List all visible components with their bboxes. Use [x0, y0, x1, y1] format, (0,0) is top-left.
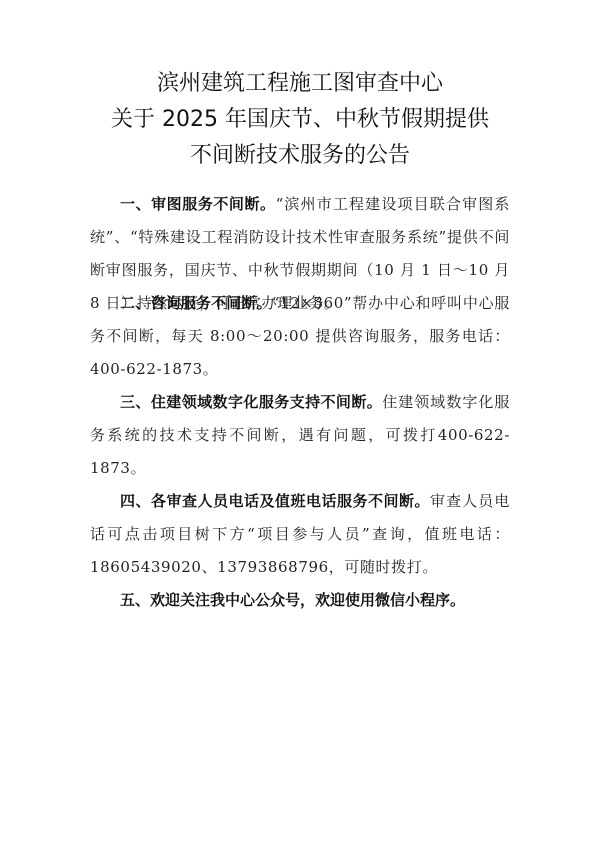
section-3: 三、住建领域数字化服务支持不间断。住建领域数字化服务系统的技术支持不间断，遇有问…	[90, 386, 510, 485]
section-3-heading: 三、住建领域数字化服务支持不间断。	[120, 393, 382, 411]
document-title: 滨州建筑工程施工图审查中心 关于 2025 年国庆节、中秋节假期提供 不间断技术…	[0, 66, 600, 174]
document-body: 一、审图服务不间断。“滨州市工程建设项目联合审图系统”、“特殊建设工程消防设计技…	[90, 188, 510, 617]
section-2-heading: 二、咨询服务不间断。	[120, 294, 272, 312]
section-5-heading: 五、欢迎关注我中心公众号，欢迎使用微信小程序。	[120, 591, 465, 609]
title-line-3: 不间断技术服务的公告	[0, 138, 600, 174]
title-line-2: 关于 2025 年国庆节、中秋节假期提供	[0, 102, 600, 138]
section-1-heading: 一、审图服务不间断。	[120, 195, 276, 213]
section-4: 四、各审查人员电话及值班电话服务不间断。审查人员电话可点击项目树下方“项目参与人…	[90, 485, 510, 584]
section-5: 五、欢迎关注我中心公众号，欢迎使用微信小程序。	[90, 584, 510, 617]
section-2: 二、咨询服务不间断。“12×360”帮办中心和呼叫中心服务不间断，每天 8:00…	[90, 287, 510, 386]
title-line-1: 滨州建筑工程施工图审查中心	[0, 66, 600, 102]
section-4-heading: 四、各审查人员电话及值班电话服务不间断。	[120, 492, 430, 510]
section-1: 一、审图服务不间断。“滨州市工程建设项目联合审图系统”、“特殊建设工程消防设计技…	[90, 188, 510, 287]
